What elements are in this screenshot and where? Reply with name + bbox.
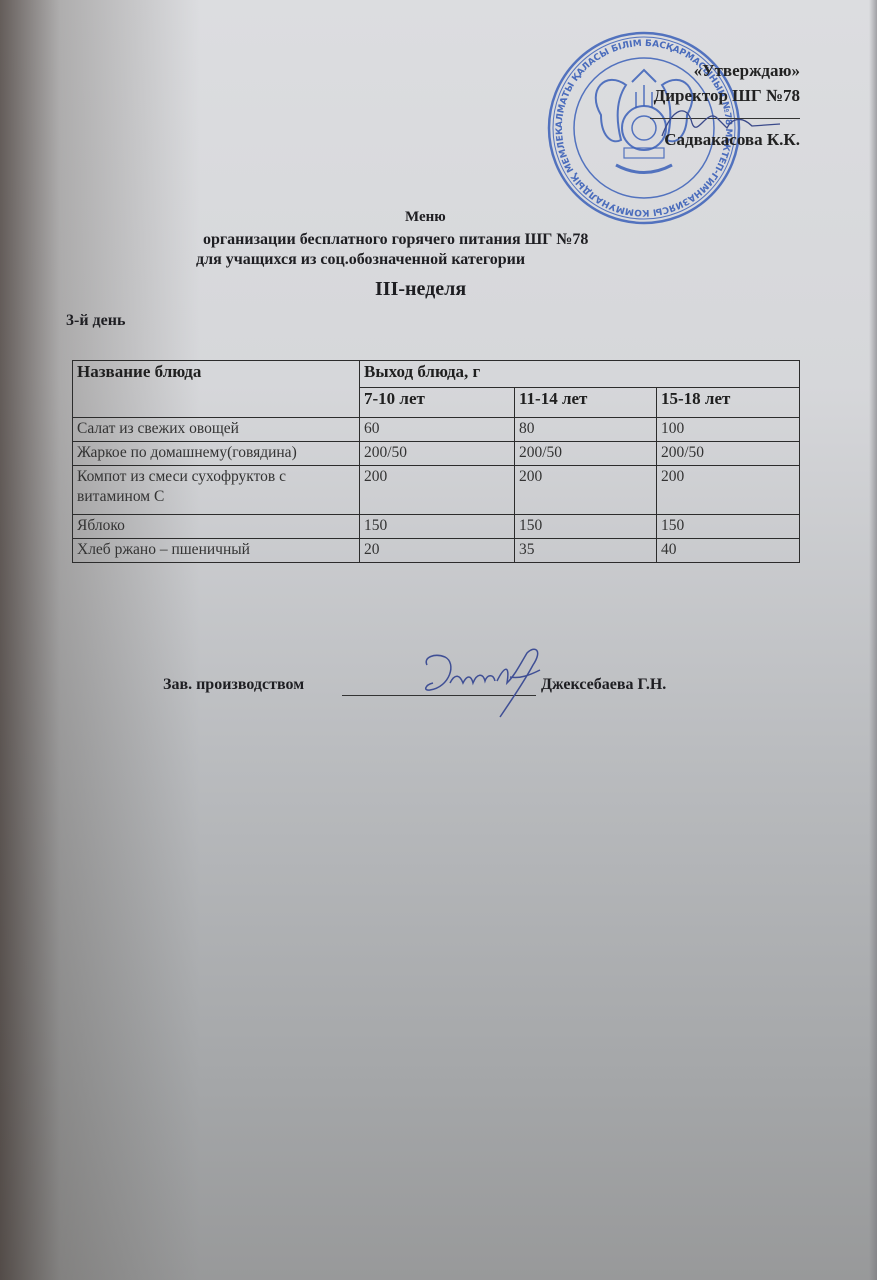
header-age-group: 11-14 лет xyxy=(515,388,657,418)
dish-name: Хлеб ржано – пшеничный xyxy=(73,539,360,563)
dish-name: Компот из смеси сухофруктов с витамином … xyxy=(73,466,360,515)
production-manager-signature xyxy=(415,645,550,720)
table-header-row: Название блюда Выход блюда, г xyxy=(73,361,800,388)
portion-value: 35 xyxy=(515,539,657,563)
menu-table: Название блюда Выход блюда, г 7-10 лет 1… xyxy=(72,360,800,563)
title-menu: Меню xyxy=(405,209,446,226)
table-row: Хлеб ржано – пшеничный 20 35 40 xyxy=(73,539,800,563)
portion-value: 150 xyxy=(360,515,515,539)
portion-value: 150 xyxy=(657,515,800,539)
day-label: 3-й день xyxy=(66,312,125,330)
title-organization: организации бесплатного горячего питания… xyxy=(203,231,588,249)
portion-value: 150 xyxy=(515,515,657,539)
portion-value: 200/50 xyxy=(360,442,515,466)
title-week: III-неделя xyxy=(375,278,466,301)
table-row: Салат из свежих овощей 60 80 100 xyxy=(73,418,800,442)
dish-name: Жаркое по домашнему(говядина) xyxy=(73,442,360,466)
production-manager-name: Джексебаева Г.Н. xyxy=(541,676,666,694)
dish-name: Яблоко xyxy=(73,515,360,539)
portion-value: 200 xyxy=(360,466,515,515)
dish-name: Салат из свежих овощей xyxy=(73,418,360,442)
director-signature xyxy=(632,98,782,143)
portion-value: 200/50 xyxy=(657,442,800,466)
portion-value: 40 xyxy=(657,539,800,563)
portion-value: 80 xyxy=(515,418,657,442)
header-output: Выход блюда, г xyxy=(360,361,800,388)
header-age-group: 15-18 лет xyxy=(657,388,800,418)
header-age-group: 7-10 лет xyxy=(360,388,515,418)
header-dish-name: Название блюда xyxy=(73,361,360,418)
portion-value: 20 xyxy=(360,539,515,563)
table-row: Жаркое по домашнему(говядина) 200/50 200… xyxy=(73,442,800,466)
portion-value: 60 xyxy=(360,418,515,442)
portion-value: 200/50 xyxy=(515,442,657,466)
portion-value: 200 xyxy=(657,466,800,515)
table-row: Яблоко 150 150 150 xyxy=(73,515,800,539)
approve-label: «Утверждаю» xyxy=(600,58,800,83)
title-for-whom: для учащихся из соц.обозначенной категор… xyxy=(196,251,525,269)
page-edge-shadow xyxy=(869,0,877,1280)
portion-value: 100 xyxy=(657,418,800,442)
production-manager-role: Зав. производством xyxy=(163,676,304,694)
table-row: Компот из смеси сухофруктов с витамином … xyxy=(73,466,800,515)
portion-value: 200 xyxy=(515,466,657,515)
